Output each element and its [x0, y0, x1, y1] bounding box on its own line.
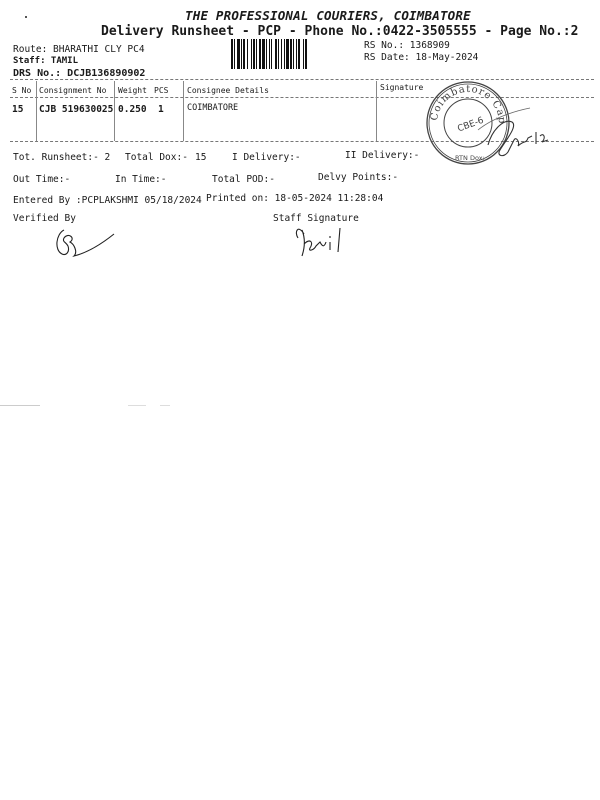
col-divider: [376, 81, 377, 141]
col-divider: [183, 81, 184, 141]
rs-number: RS No.: 1368909: [364, 40, 450, 51]
col-header-signature: Signature: [380, 83, 423, 92]
scan-mark: [160, 405, 170, 406]
scan-mark: [0, 405, 40, 406]
col-header-weight: Weight: [118, 86, 147, 95]
company-title: THE PROFESSIONAL COURIERS, COIMBATORE: [185, 8, 471, 23]
cell-pcs: 1: [158, 104, 164, 115]
cell-consignee: COIMBATORE: [187, 103, 238, 113]
drs-number: DRS No.: DCJB136890902: [13, 68, 145, 79]
receiver-signature: [470, 100, 560, 170]
col-header-sno: S No: [12, 86, 31, 95]
col-divider: [114, 81, 115, 141]
rs-date: RS Date: 18-May-2024: [364, 52, 478, 63]
total-dox-label: Total Dox:-: [125, 152, 188, 163]
out-time: Out Time:-: [13, 174, 70, 185]
route-label: Route: BHARATHI CLY PC4: [13, 44, 145, 55]
cell-consignment: CJB 519630025: [39, 104, 113, 115]
scan-mark: [128, 405, 146, 406]
barcode-bar: [307, 39, 308, 69]
col-header-consignment: Consignment No: [39, 86, 106, 95]
entered-by: Entered By :PCPLAKSHMI 05/18/2024: [13, 195, 202, 206]
total-pod: Total POD:-: [212, 174, 275, 185]
verifier-signature: [50, 222, 120, 260]
barcode: [231, 39, 355, 69]
ii-delivery: II Delivery:-: [345, 150, 419, 161]
staff-signature: [290, 220, 360, 260]
printed-on: Printed on: 18-05-2024 11:28:04: [206, 193, 383, 204]
scan-speck: [25, 16, 27, 18]
cell-sno: 15: [12, 104, 23, 115]
i-delivery: I Delivery:-: [232, 152, 301, 163]
staff-label: Staff: TAMIL: [13, 56, 78, 66]
delvy-points: Delvy Points:-: [318, 172, 398, 183]
col-header-consignee: Consignee Details: [187, 86, 269, 95]
col-divider: [36, 81, 37, 141]
col-header-pcs: PCS: [154, 86, 168, 95]
total-dox-value: 15: [195, 152, 206, 163]
runsheet-subtitle: Delivery Runsheet - PCP - Phone No.:0422…: [101, 24, 578, 39]
tot-runsheet: Tot. Runsheet:- 2: [13, 152, 110, 163]
in-time: In Time:-: [115, 174, 166, 185]
cell-weight: 0.250: [118, 104, 147, 115]
